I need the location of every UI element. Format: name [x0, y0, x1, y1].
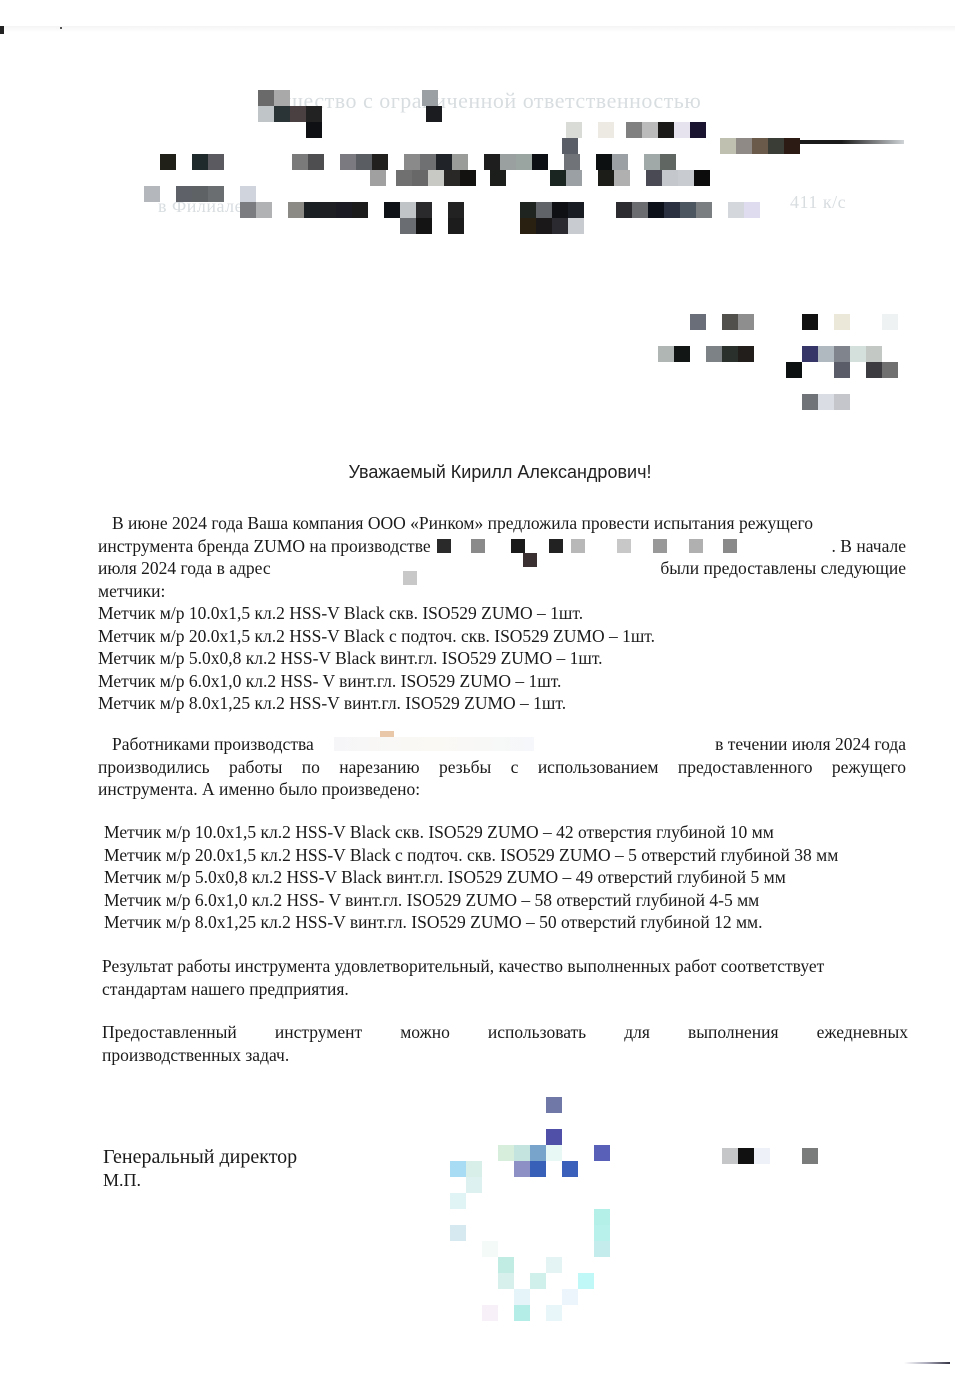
supplied-tap-item: Метчик м/р 8.0х1,25 кл.2 HSS-V винт.гл. … — [98, 692, 655, 715]
intro-redacted-company — [431, 535, 832, 558]
scan-artifact-bottom — [904, 1362, 950, 1364]
intro-line-1: В июне 2024 года Ваша компания ООО «Ринк… — [112, 513, 813, 533]
work-result-item: Метчик м/р 6.0х1,0 кл.2 HSS- V винт.гл. … — [104, 889, 838, 912]
intro-line-2-end: . В начале — [832, 535, 906, 558]
scan-edge — [0, 26, 955, 32]
work-results-list: Метчик м/р 10.0х1,5 кл.2 HSS-V Black скв… — [104, 821, 838, 934]
letterhead-account: 411 к/с — [790, 192, 846, 213]
intro-line-3-end: были предоставлены следующие — [660, 557, 906, 580]
work-redacted-company — [314, 733, 715, 756]
conclusion-line-2: стандартам нашего предприятия. — [102, 978, 908, 1001]
recommendation-paragraph: Предоставленный инструмент можно использ… — [102, 1021, 908, 1066]
intro-redacted-recipient — [271, 557, 661, 580]
work-line-2: производились работы по нарезанию резьбы… — [98, 756, 906, 779]
scan-dot — [60, 27, 62, 29]
supplied-tap-item: Метчик м/р 10.0х1,5 кл.2 HSS-V Black скв… — [98, 602, 655, 625]
work-result-item: Метчик м/р 10.0х1,5 кл.2 HSS-V Black скв… — [104, 821, 838, 844]
work-result-item: Метчик м/р 20.0х1,5 кл.2 HSS-V Black с п… — [104, 844, 838, 867]
work-line-3: инструмента. А именно было произведено: — [98, 778, 906, 801]
recommendation-line-2: производственных задач. — [102, 1044, 908, 1067]
intro-paragraph: В июне 2024 года Ваша компания ООО «Ринк… — [98, 512, 906, 602]
supplied-tap-item: Метчик м/р 5.0х0,8 кл.2 HSS-V Black винт… — [98, 647, 655, 670]
letterhead-rule — [800, 140, 904, 144]
signature-block: Генеральный директор М.П. — [103, 1146, 297, 1192]
work-result-item: Метчик м/р 5.0х0,8 кл.2 HSS-V Black винт… — [104, 866, 838, 889]
signatory-title: Генеральный директор — [103, 1146, 297, 1169]
work-result-item: Метчик м/р 8.0х1,25 кл.2 HSS-V винт.гл. … — [104, 911, 838, 934]
greeting: Уважаемый Кирилл Александрович! — [0, 462, 955, 483]
recommendation-line-1: Предоставленный инструмент можно использ… — [102, 1021, 908, 1044]
supplied-taps-list: Метчик м/р 10.0х1,5 кл.2 HSS-V Black скв… — [98, 602, 655, 715]
intro-line-2-start: инструмента бренда ZUMO на производстве — [98, 535, 431, 558]
letterhead-org-form: Общество с ограниченной ответственностью — [258, 88, 701, 114]
work-line-1-start: Работниками производства — [112, 734, 314, 754]
stamp-label: М.П. — [103, 1169, 297, 1192]
intro-line-4: метчики: — [98, 580, 906, 603]
scan-mark — [0, 26, 4, 34]
conclusion-paragraph: Результат работы инструмента удовлетвори… — [102, 955, 908, 1000]
supplied-tap-item: Метчик м/р 20.0х1,5 кл.2 HSS-V Black с п… — [98, 625, 655, 648]
intro-line-3-start: июля 2024 года в адрес — [98, 557, 271, 580]
conclusion-line-1: Результат работы инструмента удовлетвори… — [102, 955, 908, 978]
supplied-tap-item: Метчик м/р 6.0х1,0 кл.2 HSS- V винт.гл. … — [98, 670, 655, 693]
work-paragraph: Работниками производства в течении июля … — [98, 733, 906, 801]
work-line-1-end: в течении июля 2024 года — [715, 733, 906, 756]
